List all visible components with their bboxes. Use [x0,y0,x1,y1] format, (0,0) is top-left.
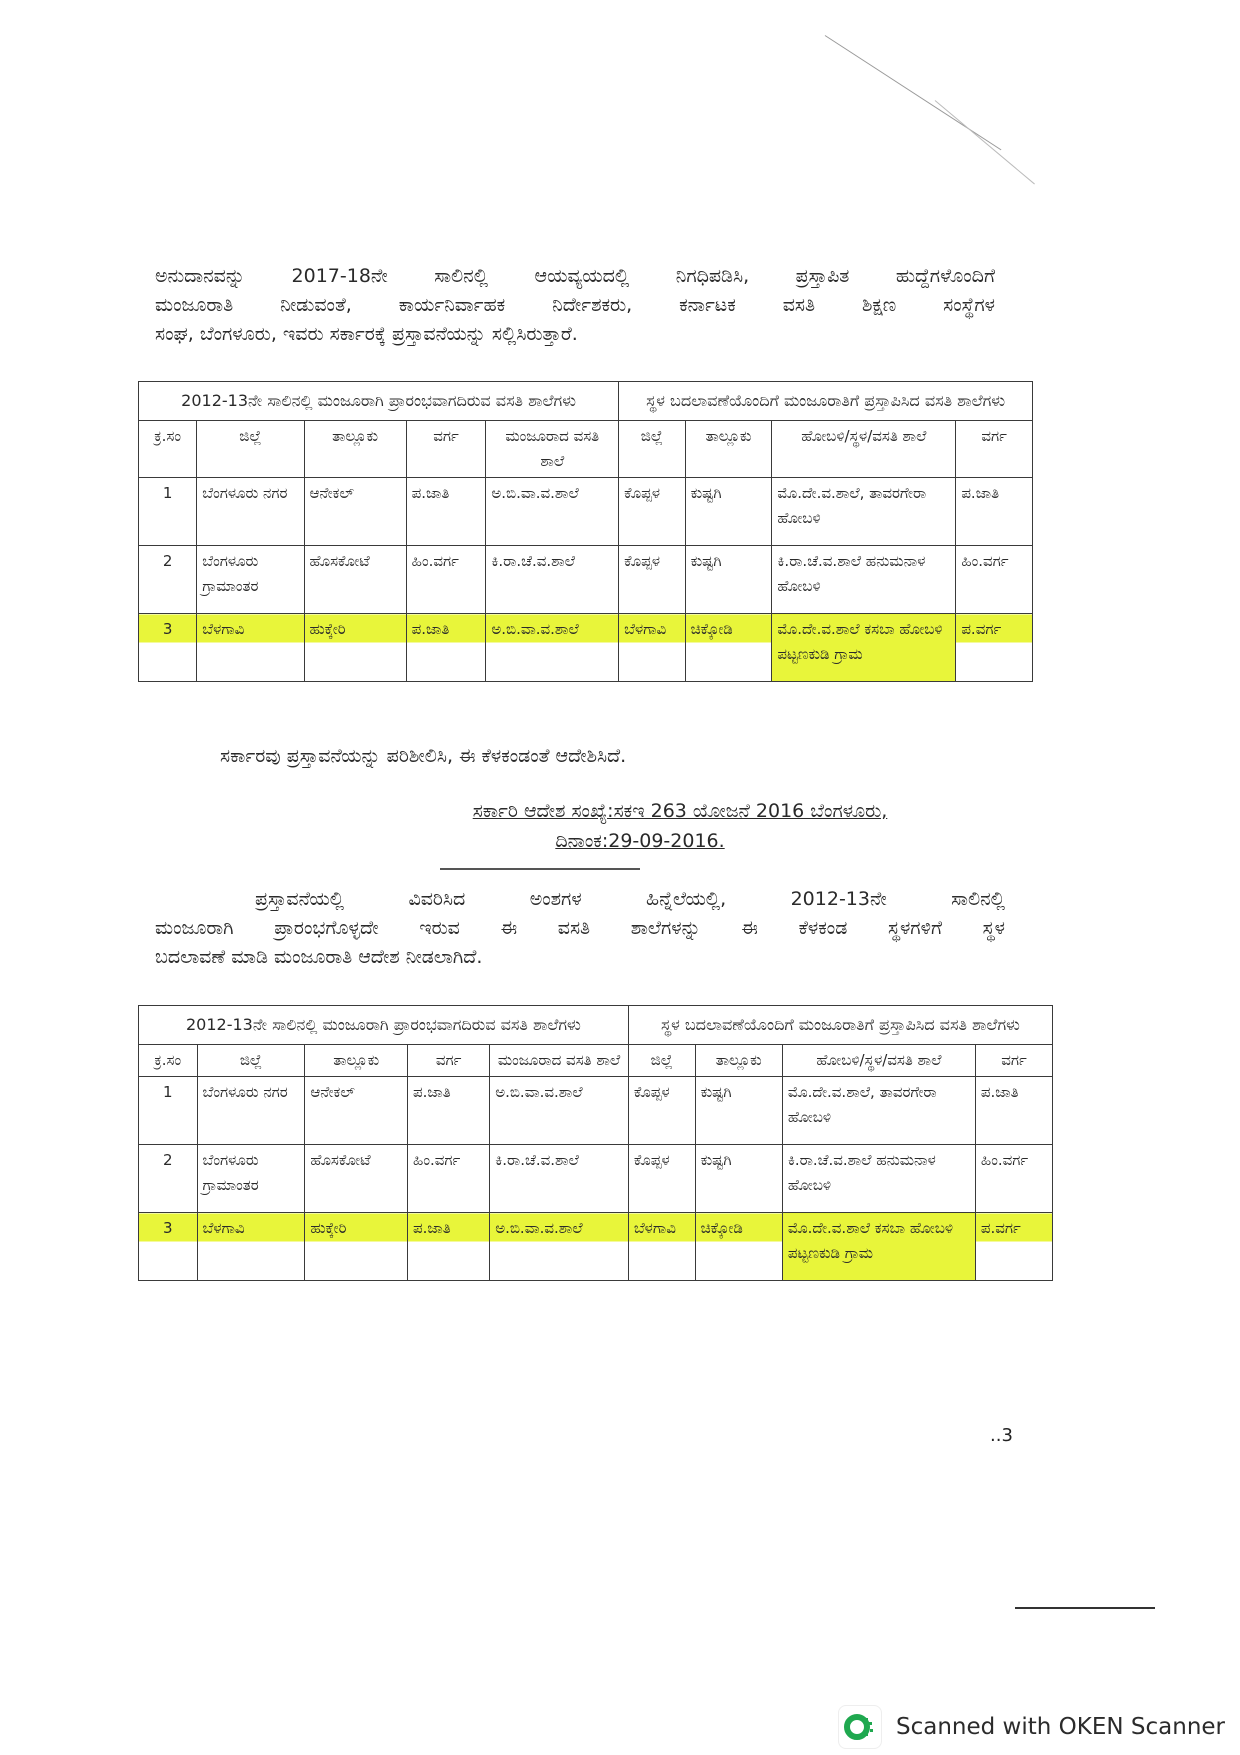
table-cell: ಮೊ.ದೇ.ವ.ಶಾಲೆ, ತಾವರಗೇರಾ ಹೋಬಳಿ [782,1077,975,1145]
table-cell: 3 [139,1213,198,1281]
table-cell: ಕೊಪ್ಪಳ [619,546,685,614]
intro-line: ಅನುದಾನವನ್ನು 2017-18ನೇ ಸಾಲಿನಲ್ಲಿ ಆಯವ್ಯಯದಲ… [155,262,995,291]
govt-statement: ಸರ್ಕಾರವು ಪ್ರಸ್ತಾವನೆಯನ್ನು ಪರಿಶೀಲಿಸಿ, ಈ ಕೆ… [220,745,920,767]
column-header: ತಾಲ್ಲೂಕು [304,421,406,478]
table-cell: ಚಿಕ್ಕೋಡಿ [695,1213,782,1281]
table-cell: ಚಿಕ್ಕೋಡಿ [685,614,772,682]
table-cell: ಹಿಂ.ವರ್ಗ [956,546,1033,614]
table-cell: 2 [139,546,197,614]
table-cell: ಕೊಪ್ಪಳ [628,1145,695,1213]
table-row: 2ಬೆಂಗಳೂರು ಗ್ರಾಮಾಂತರಹೊಸಕೋಟೆಹಿಂ.ವರ್ಗಕಿ.ರಾ.… [139,546,1033,614]
column-header: ವರ್ಗ [406,421,486,478]
column-header: ಕ್ರ.ಸಂ [139,421,197,478]
oken-scanner-logo-icon [838,1705,882,1749]
group-header-right: ಸ್ಥಳ ಬದಲಾವಣೆಯೊಂದಿಗೆ ಮಂಜೂರಾತಿಗೆ ಪ್ರಸ್ತಾಪಿ… [619,382,1033,421]
table-cell: ಮೊ.ದೇ.ವ.ಶಾಲೆ, ತಾವರಗೇರಾ ಹೋಬಳಿ [772,478,956,546]
table-cell: ಅ.ಬಿ.ವಾ.ವ.ಶಾಲೆ [486,614,619,682]
column-header-row: ಕ್ರ.ಸಂಜಿಲ್ಲೆತಾಲ್ಲೂಕುವರ್ಗಮಂಜೂರಾದ ವಸತಿ ಶಾಲ… [139,421,1033,478]
table-row: 1ಬೆಂಗಳೂರು ನಗರಆನೇಕಲ್ಪ.ಜಾತಿಅ.ಬಿ.ವಾ.ವ.ಶಾಲೆಕ… [139,1077,1053,1145]
table-cell: 3 [139,614,197,682]
schools-table-proposal: 2012-13ನೇ ಸಾಲಿನಲ್ಲಿ ಮಂಜೂರಾಗಿ ಪ್ರಾರಂಭವಾಗದ… [138,381,1033,682]
table-cell: ಮೊ.ದೇ.ವ.ಶಾಲೆ ಕಸಬಾ ಹೋಬಳಿ ಪಟ್ಟಣಕುಡಿ ಗ್ರಾಮ [772,614,956,682]
table-cell: ಬೆಳಗಾವಿ [628,1213,695,1281]
page-number: ..3 [990,1425,1013,1446]
table-cell: ಹೊಸಕೋಟೆ [304,546,406,614]
watermark-text: Scanned with OKEN Scanner [896,1714,1225,1740]
table-cell: ಕುಷ್ಟಗಿ [695,1077,782,1145]
table-cell: ಪ.ಜಾತಿ [406,614,486,682]
column-header: ತಾಲ್ಲೂಕು [305,1045,408,1077]
table-cell: ಹಿಂ.ವರ್ಗ [975,1145,1052,1213]
table-cell: ಆನೇಕಲ್ [305,1077,408,1145]
intro-paragraph: ಅನುದಾನವನ್ನು 2017-18ನೇ ಸಾಲಿನಲ್ಲಿ ಆಯವ್ಯಯದಲ… [155,262,995,349]
group-header-right: ಸ್ಥಳ ಬದಲಾವಣೆಯೊಂದಿಗೆ ಮಂಜೂರಾತಿಗೆ ಪ್ರಸ್ತಾಪಿ… [628,1006,1052,1045]
table-cell: ಹುಕ್ಕೇರಿ [305,1213,408,1281]
column-header: ಮಂಜೂರಾದ ವಸತಿ ಶಾಲೆ [486,421,619,478]
table-cell: ಕುಷ್ಟಗಿ [685,478,772,546]
table-cell: ಕುಷ್ಟಗಿ [685,546,772,614]
table-cell: ಬೆಂಗಳೂರು ಗ್ರಾಮಾಂತರ [197,1145,305,1213]
table-cell: ಅ.ಬಿ.ವಾ.ವ.ಶಾಲೆ [490,1077,629,1145]
scanner-watermark: Scanned with OKEN Scanner [838,1705,1225,1749]
group-header-row: 2012-13ನೇ ಸಾಲಿನಲ್ಲಿ ಮಂಜೂರಾಗಿ ಪ್ರಾರಂಭವಾಗದ… [139,382,1033,421]
table-cell: ಪ.ಜಾತಿ [408,1213,490,1281]
table-row: 1ಬೆಂಗಳೂರು ನಗರಆನೇಕಲ್ಪ.ಜಾತಿಅ.ಬಿ.ವಾ.ವ.ಶಾಲೆಕ… [139,478,1033,546]
table-cell: ಹೊಸಕೋಟೆ [305,1145,408,1213]
table-cell: ಪ.ಜಾತಿ [408,1077,490,1145]
table-cell: ಅ.ಬಿ.ವಾ.ವ.ಶಾಲೆ [486,478,619,546]
schools-table-ordered: 2012-13ನೇ ಸಾಲಿನಲ್ಲಿ ಮಂಜೂರಾಗಿ ಪ್ರಾರಂಭವಾಗದ… [138,1005,1053,1281]
column-header: ಹೋಬಳಿ/ಸ್ಥಳ/ವಸತಿ ಶಾಲೆ [782,1045,975,1077]
order-date: ದಿನಾಂಕ:29-09-2016. [20,830,1240,852]
table-cell: ಹಿಂ.ವರ್ಗ [406,546,486,614]
table-cell: 1 [139,1077,198,1145]
footer-rule [1015,1607,1155,1609]
table-cell: ಕೊಪ್ಪಳ [619,478,685,546]
table-cell: ಹುಕ್ಕೇರಿ [304,614,406,682]
table-cell: ಬೆಳಗಾವಿ [619,614,685,682]
column-header: ಜಿಲ್ಲೆ [197,1045,305,1077]
column-header: ತಾಲ್ಲೂಕು [695,1045,782,1077]
table-row: 2ಬೆಂಗಳೂರು ಗ್ರಾಮಾಂತರಹೊಸಕೋಟೆಹಿಂ.ವರ್ಗಕಿ.ರಾ.… [139,1145,1053,1213]
column-header: ಕ್ರ.ಸಂ [139,1045,198,1077]
column-header: ಜಿಲ್ಲೆ [619,421,685,478]
intro-line: ಮಂಜೂರಾತಿ ನೀಡುವಂತೆ, ಕಾರ್ಯನಿರ್ವಾಹಕ ನಿರ್ದೇಶ… [155,291,995,320]
table-cell: ಮೊ.ದೇ.ವ.ಶಾಲೆ ಕಸಬಾ ಹೋಬಳಿ ಪಟ್ಟಣಕುಡಿ ಗ್ರಾಮ [782,1213,975,1281]
column-header: ಹೋಬಳಿ/ಸ್ಥಳ/ವಸತಿ ಶಾಲೆ [772,421,956,478]
column-header: ಜಿಲ್ಲೆ [197,421,304,478]
table-cell: ಕಿ.ರಾ.ಚೆ.ವ.ಶಾಲೆ ಹನುಮನಾಳ ಹೋಬಳಿ [782,1145,975,1213]
order-line: ಮಂಜೂರಾಗಿ ಪ್ರಾರಂಭಗೊಳ್ಳದೇ ಇರುವ ಈ ವಸತಿ ಶಾಲೆ… [155,914,1005,943]
order-paragraph: ಪ್ರಸ್ತಾವನೆಯಲ್ಲಿ ವಿವರಿಸಿದ ಅಂಶಗಳ ಹಿನ್ನೆಲೆಯ… [155,885,1005,972]
column-header: ಮಂಜೂರಾದ ವಸತಿ ಶಾಲೆ [490,1045,629,1077]
table-cell: ಅ.ಬಿ.ವಾ.ವ.ಶಾಲೆ [490,1213,629,1281]
separator-line [440,868,640,870]
table-cell: ಕುಷ್ಟಗಿ [695,1145,782,1213]
table-cell: ಪ.ಜಾತಿ [406,478,486,546]
table-cell: ಬೆಂಗಳೂರು ನಗರ [197,1077,305,1145]
intro-line: ಸಂಘ, ಬೆಂಗಳೂರು, ಇವರು ಸರ್ಕಾರಕ್ಕೆ ಪ್ರಸ್ತಾವನ… [155,320,995,349]
table-cell: ಕಿ.ರಾ.ಚೆ.ವ.ಶಾಲೆ [486,546,619,614]
table-cell: ಬೆಂಗಳೂರು ಗ್ರಾಮಾಂತರ [197,546,304,614]
table-cell: 2 [139,1145,198,1213]
table-cell: ಪ.ಜಾತಿ [956,478,1033,546]
table-cell: ಕಿ.ರಾ.ಚೆ.ವ.ಶಾಲೆ [490,1145,629,1213]
table-row: 3ಬೆಳಗಾವಿಹುಕ್ಕೇರಿಪ.ಜಾತಿಅ.ಬಿ.ವಾ.ವ.ಶಾಲೆಬೆಳಗ… [139,1213,1053,1281]
table-cell: 1 [139,478,197,546]
table-cell: ಬೆಳಗಾವಿ [197,614,304,682]
table-cell: ಪ.ಜಾತಿ [975,1077,1052,1145]
table-cell: ಬೆಳಗಾವಿ [197,1213,305,1281]
scan-artifact-line [935,100,1035,184]
table-cell: ಆನೇಕಲ್ [304,478,406,546]
order-line: ಪ್ರಸ್ತಾವನೆಯಲ್ಲಿ ವಿವರಿಸಿದ ಅಂಶಗಳ ಹಿನ್ನೆಲೆಯ… [155,885,1005,914]
group-header-row: 2012-13ನೇ ಸಾಲಿನಲ್ಲಿ ಮಂಜೂರಾಗಿ ಪ್ರಾರಂಭವಾಗದ… [139,1006,1053,1045]
column-header: ವರ್ಗ [956,421,1033,478]
group-header-left: 2012-13ನೇ ಸಾಲಿನಲ್ಲಿ ಮಂಜೂರಾಗಿ ಪ್ರಾರಂಭವಾಗದ… [139,1006,629,1045]
table-row: 3ಬೆಳಗಾವಿಹುಕ್ಕೇರಿಪ.ಜಾತಿಅ.ಬಿ.ವಾ.ವ.ಶಾಲೆಬೆಳಗ… [139,614,1033,682]
table-cell: ಬೆಂಗಳೂರು ನಗರ [197,478,304,546]
order-number: ಸರ್ಕಾರಿ ಆದೇಶ ಸಂಖ್ಯೆ:ಸಕಇ 263 ಯೋಜನೆ 2016 ಬ… [60,800,1240,822]
column-header: ವರ್ಗ [975,1045,1052,1077]
group-header-left: 2012-13ನೇ ಸಾಲಿನಲ್ಲಿ ಮಂಜೂರಾಗಿ ಪ್ರಾರಂಭವಾಗದ… [139,382,619,421]
column-header: ತಾಲ್ಲೂಕು [685,421,772,478]
table-cell: ಕಿ.ರಾ.ಚೆ.ವ.ಶಾಲೆ ಹನುಮನಾಳ ಹೋಬಳಿ [772,546,956,614]
order-line: ಬದಲಾವಣೆ ಮಾಡಿ ಮಂಜೂರಾತಿ ಆದೇಶ ನೀಡಲಾಗಿದೆ. [155,943,1005,972]
table-cell: ಪ.ವರ್ಗ [975,1213,1052,1281]
table-cell: ಕೊಪ್ಪಳ [628,1077,695,1145]
column-header: ಜಿಲ್ಲೆ [628,1045,695,1077]
table-cell: ಪ.ವರ್ಗ [956,614,1033,682]
column-header: ವರ್ಗ [408,1045,490,1077]
column-header-row: ಕ್ರ.ಸಂಜಿಲ್ಲೆತಾಲ್ಲೂಕುವರ್ಗಮಂಜೂರಾದ ವಸತಿ ಶಾಲ… [139,1045,1053,1077]
table-cell: ಹಿಂ.ವರ್ಗ [408,1145,490,1213]
